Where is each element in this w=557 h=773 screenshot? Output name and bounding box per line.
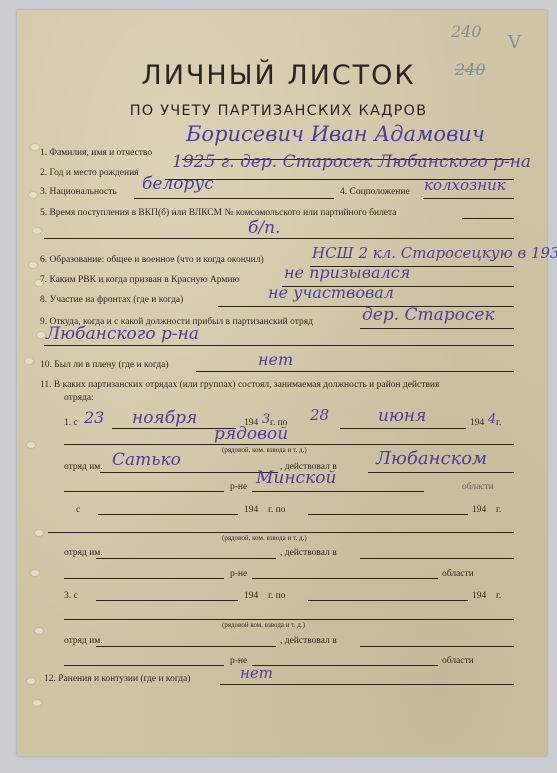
field-5-line-a [462, 218, 514, 219]
field-3-value: белорус [142, 174, 214, 194]
field-5-label: 5. Время поступления в ВКП(б) или ВЛКСМ … [40, 208, 397, 218]
field-2-label: 2. Год и место рождения [40, 168, 139, 178]
field-12-line [220, 684, 514, 685]
entry-1-acted-line [368, 472, 514, 473]
entry-2-district-line-a [64, 578, 224, 579]
field-10-line [196, 371, 514, 372]
entry-1-region-label: области [462, 482, 494, 492]
field-1-value: Борисевич Иван Адамович [186, 122, 485, 146]
archive-number: 240 [451, 22, 482, 41]
field-10-label: 10. Был ли в плену (где и когда) [40, 360, 169, 370]
field-12-value: нет [240, 664, 273, 682]
entry-2-from-line [98, 514, 238, 515]
entry-1-detachment: Сатько [112, 450, 181, 470]
entry-1-position-hint: (рядовой, ком. взвода и т. д.) [222, 446, 307, 454]
entry-3-to-line [308, 600, 468, 601]
entry-1-district: Минской [256, 468, 336, 488]
entry-3-from-year-prefix: 194 [244, 591, 258, 601]
entry-1-position-line [64, 444, 514, 445]
entry-1-to-line [340, 428, 466, 429]
field-4-label: 4. Соцположение [340, 187, 410, 197]
entry-2-position-line [48, 532, 514, 533]
field-3-line [134, 198, 334, 199]
entry-3-acted-line [360, 646, 514, 647]
document-subtitle: ПО УЧЕТУ ПАРТИЗАНСКИХ КАДРОВ [0, 103, 557, 119]
entry-3-from-line [96, 600, 238, 601]
field-6-label: 6. Образование: общее и военное (что и к… [40, 255, 264, 265]
entry-3-position-line [64, 619, 514, 620]
entry-1-from-month: ноября [132, 408, 197, 428]
entry-3-acted-label: , действовал в [280, 636, 337, 646]
entry-2-position-hint: (рядовой, ком. взвода и т. д.) [222, 534, 307, 542]
entry-1-detachment-label: отряд им. [64, 462, 103, 472]
entry-3-to-year-prefix: 194 [472, 591, 486, 601]
entry-1-from-day: 23 [84, 408, 104, 427]
entry-3-year-end: г. [496, 591, 501, 601]
entry-2-to-label: г. по [268, 505, 285, 515]
field-6-value: НСШ 2 кл. Старосецкую в 1937 г. [312, 244, 557, 262]
entry-2-district-line-b [252, 578, 438, 579]
entry-1-district-label: р-не [230, 482, 247, 492]
field-11-label-cont: отряда: [64, 393, 94, 403]
field-9-line-a [360, 328, 514, 329]
field-7-label: 7. Каким РВК и когда призван в Красную А… [40, 275, 240, 285]
field-10-value: нет [258, 350, 293, 369]
field-12-label: 12. Ранения и контузии (где и когда) [44, 674, 190, 684]
entry-1-acted-in: Любанском [376, 448, 487, 469]
entry-1-position: рядовой [214, 424, 288, 444]
field-4-value: колхозник [424, 176, 506, 194]
entry-1-district-line-a [64, 491, 224, 492]
entry-2-detachment-label: отряд им. [64, 548, 103, 558]
field-9-value-line1: дер. Старосек [362, 305, 495, 325]
entry-3-detachment-label: отряд им. [64, 636, 103, 646]
entry-3-position-hint: (рядовой ком. взвода и т. д.) [222, 621, 305, 629]
entry-3-to-label: г. по [268, 591, 285, 601]
entry-2-num: с [76, 505, 80, 515]
field-3-label: 3. Национальность [40, 187, 117, 197]
entry-1-num: 1. с [64, 418, 78, 428]
entry-3-district-line-a [64, 665, 224, 666]
document-title: ЛИЧНЫЙ ЛИСТОК [0, 60, 557, 91]
entry-2-year-end: г. [496, 505, 501, 515]
field-7-value: не призывался [284, 263, 410, 282]
entry-3-region-label: области [442, 656, 474, 666]
entry-1-year-end: г. [496, 418, 501, 428]
check-mark-icon: V [508, 32, 521, 53]
entry-2-district-label: р-не [230, 569, 247, 579]
entry-1-to-day: 28 [310, 406, 329, 424]
entry-3-num: 3. с [64, 591, 78, 601]
entry-3-district-line-b [252, 665, 438, 666]
entry-1-detachment-line [100, 472, 278, 473]
entry-2-region-label: области [442, 569, 474, 579]
field-5-line-b [44, 238, 514, 239]
entry-1-to-month: июня [378, 406, 426, 426]
entry-2-from-year-prefix: 194 [244, 505, 258, 515]
field-2-value: 1925 г. дер. Старосек Любанского р-на [172, 152, 531, 172]
entry-1-to-year-prefix: 194 [470, 418, 484, 428]
field-5-value: б/п. [248, 218, 280, 238]
field-8-value: не участвовал [268, 283, 394, 302]
field-8-label: 8. Участие на фронтах (где и когда) [40, 295, 183, 305]
entry-2-detachment-line [96, 558, 276, 559]
field-9-value-line2: Любанского р-на [46, 324, 199, 344]
entry-2-to-line [308, 514, 468, 515]
field-1-label: 1. Фамилия, имя и отчество [40, 148, 152, 158]
field-11-label: 11. В каких партизанских отрядах (или гр… [40, 380, 439, 390]
entry-2-acted-label: , действовал в [280, 548, 337, 558]
entry-2-acted-line [360, 558, 514, 559]
entry-1-district-line-b [252, 491, 424, 492]
entry-2-to-year-prefix: 194 [472, 505, 486, 515]
field-9-line-b [44, 345, 514, 346]
field-4-line [423, 198, 514, 199]
entry-3-detachment-line [96, 646, 276, 647]
